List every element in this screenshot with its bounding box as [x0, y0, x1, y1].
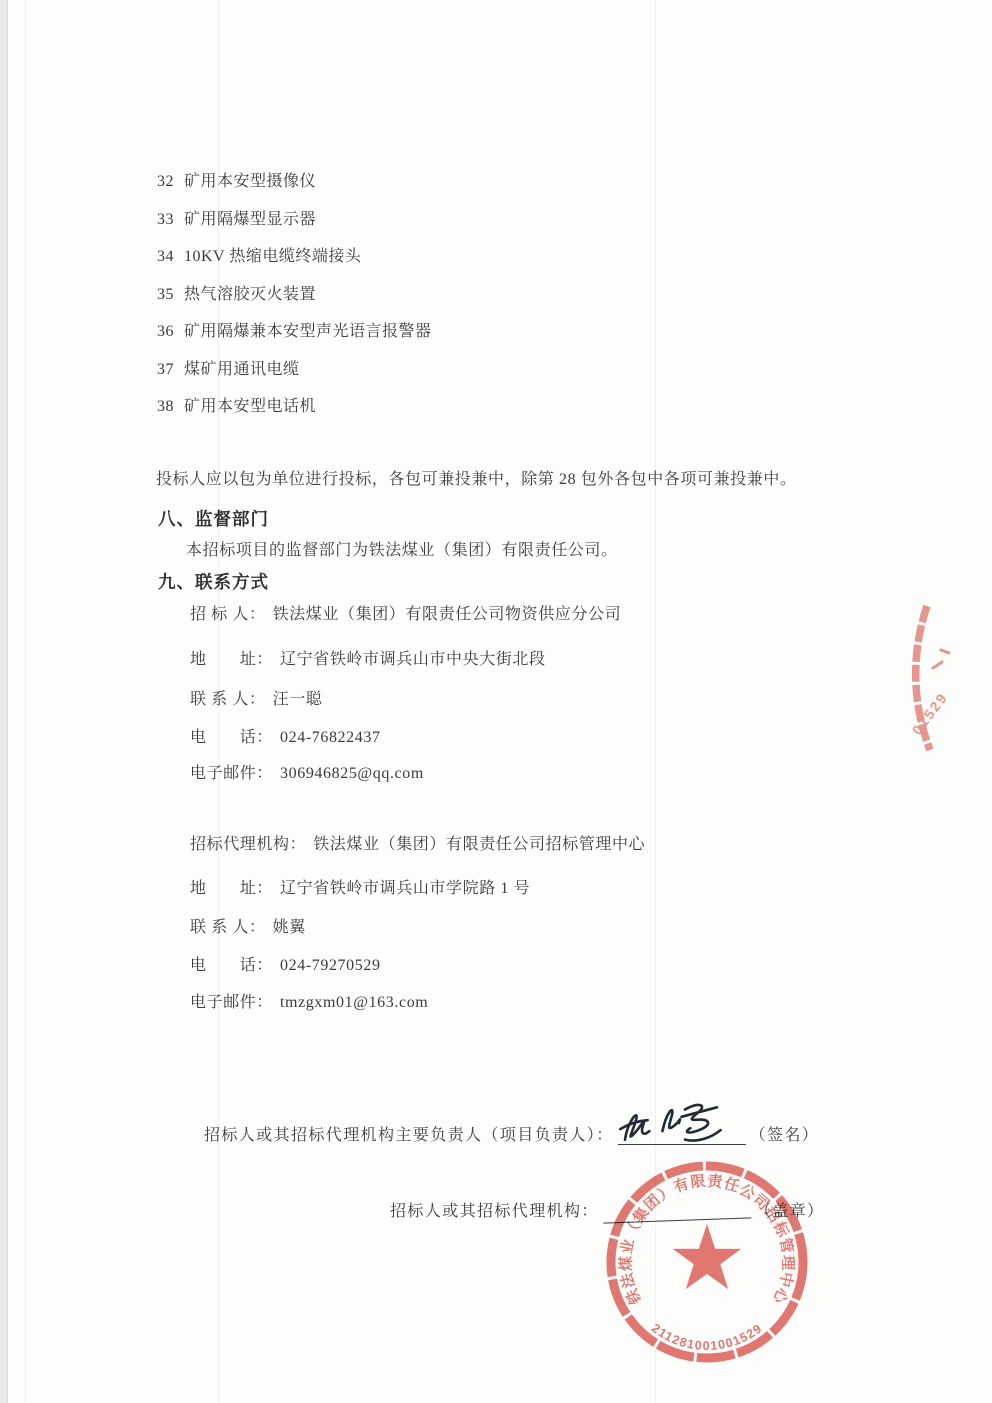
item-name: 热气溶胶灭火装置: [184, 286, 316, 303]
edge-stamp: 01529: [903, 596, 992, 808]
list-item: 38矿用本安型电话机: [157, 393, 316, 416]
contact-value: tmzgxm01@163.com: [280, 994, 428, 1012]
edge-stamp-marks: [933, 650, 949, 668]
contact-row-tenderer: 招 标 人：铁法煤业（集团）有限责任公司物资供应分公司: [190, 601, 621, 624]
signature-scribble: [612, 1094, 745, 1155]
supervision-body: 本招标项目的监督部门为铁法煤业（集团）有限责任公司。: [186, 537, 618, 560]
agency-row-email: 电子邮件：tmzgxm01@163.com: [190, 989, 428, 1012]
company-seal-stamp: 铁法煤业（集团）有限责任公司招标管理中心 211281001001529: [597, 1152, 817, 1372]
contact-label: 电子邮件：: [190, 989, 273, 1012]
contact-row-phone: 电 话：024-76822437: [190, 724, 381, 747]
list-item: 32矿用本安型摄像仪: [157, 168, 316, 191]
contact-value: 姚翼: [273, 914, 306, 937]
contact-label: 联 系 人：: [190, 914, 266, 937]
signature-line-label: 招标人或其招标代理机构主要负责人（项目负责人）：: [204, 1122, 614, 1145]
list-item: 33矿用隔爆型显示器: [157, 206, 316, 229]
agency-row-address: 地 址：辽宁省铁岭市调兵山市学院路 1 号: [190, 875, 530, 898]
contact-value: 汪一聪: [273, 686, 323, 709]
item-number: 38: [157, 398, 174, 416]
contact-value: 306946825@qq.com: [280, 765, 424, 783]
contact-label: 电子邮件：: [190, 760, 273, 783]
agency-row-name: 招标代理机构：铁法煤业（集团）有限责任公司招标管理中心: [190, 831, 645, 854]
contact-label: 联 系 人：: [190, 686, 266, 709]
item-number: 32: [157, 173, 174, 191]
contact-label: 地 址：: [190, 646, 273, 669]
contact-label: 招标代理机构：: [190, 831, 306, 854]
item-number: 37: [157, 361, 174, 379]
item-number: 34: [157, 248, 174, 266]
seal-line-label: 招标人或其招标代理机构：: [390, 1198, 599, 1221]
contact-value: 铁法煤业（集团）有限责任公司招标管理中心: [313, 831, 645, 854]
star-icon: [673, 1224, 741, 1289]
signature-underline: [618, 1122, 746, 1145]
bidding-note-paragraph: 投标人应以包为单位进行投标，各包可兼投兼中，除第 28 包外各包中各项可兼投兼中…: [156, 466, 866, 489]
document-page: 32矿用本安型摄像仪 33矿用隔爆型显示器 3410KV 热缩电缆终端接头 35…: [0, 0, 992, 1403]
section-heading-contact: 九、联系方式: [158, 569, 269, 594]
list-item: 3410KV 热缩电缆终端接头: [157, 243, 361, 266]
item-number: 33: [157, 211, 174, 229]
item-name: 10KV 热缩电缆终端接头: [184, 248, 361, 265]
contact-label: 地 址：: [190, 875, 273, 898]
list-item: 36矿用隔爆兼本安型声光语言报警器: [157, 318, 432, 341]
scan-line: [25, 0, 26, 1403]
contact-row-address: 地 址：辽宁省铁岭市调兵山市中央大街北段: [190, 646, 546, 669]
contact-value: 024-79270529: [280, 957, 381, 975]
item-name: 矿用隔爆兼本安型声光语言报警器: [184, 323, 432, 340]
agency-row-phone: 电 话：024-79270529: [190, 952, 381, 975]
contact-value: 铁法煤业（集团）有限责任公司物资供应分公司: [273, 601, 622, 624]
contact-value: 辽宁省铁岭市调兵山市中央大街北段: [280, 646, 546, 669]
item-name: 矿用隔爆型显示器: [184, 211, 316, 228]
item-number: 36: [157, 323, 174, 341]
contact-value: 辽宁省铁岭市调兵山市学院路 1 号: [280, 875, 530, 898]
responsible-person-line: 招标人或其招标代理机构主要负责人（项目负责人）： （签名）: [204, 1122, 819, 1145]
contact-value: 024-76822437: [280, 729, 381, 747]
list-item: 37煤矿用通讯电缆: [157, 356, 300, 379]
contact-label: 电 话：: [190, 952, 273, 975]
scan-edge-strip: [0, 0, 8, 1403]
contact-row-person: 联 系 人：汪一聪: [190, 686, 322, 709]
item-number: 35: [157, 286, 174, 304]
section-heading-supervision: 八、监督部门: [158, 506, 269, 531]
contact-label: 招 标 人：: [190, 601, 266, 624]
item-name: 矿用本安型电话机: [184, 398, 316, 415]
agency-row-person: 联 系 人：姚翼: [190, 914, 306, 937]
contact-label: 电 话：: [190, 724, 273, 747]
signature-suffix: （签名）: [750, 1122, 820, 1145]
list-item: 35热气溶胶灭火装置: [157, 281, 316, 304]
item-name: 矿用本安型摄像仪: [184, 173, 316, 190]
contact-row-email: 电子邮件：306946825@qq.com: [190, 760, 424, 783]
item-name: 煤矿用通讯电缆: [184, 361, 300, 378]
